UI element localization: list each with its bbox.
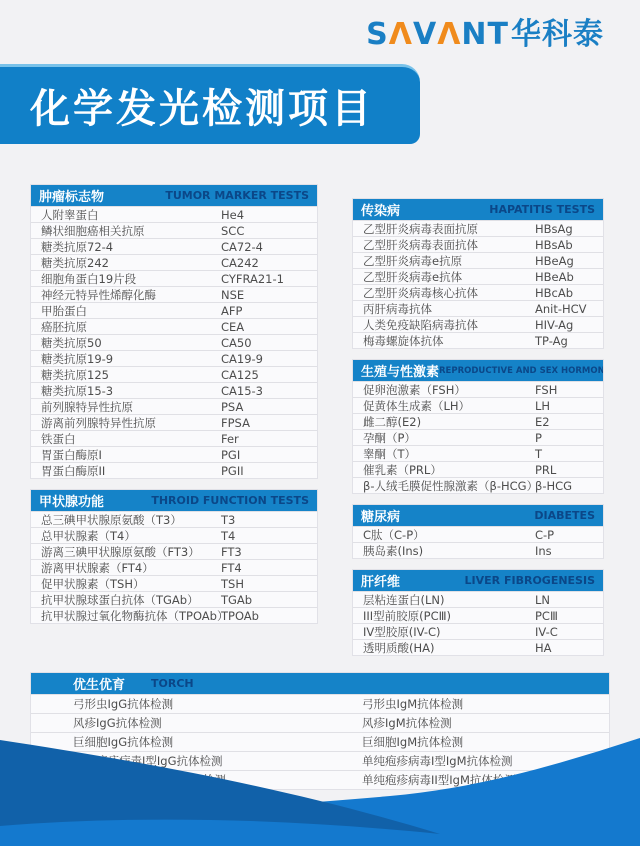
test-name: 细胞角蛋白19片段 <box>41 271 221 287</box>
table-row: 人类免疫缺陷病毒抗体 HIV-Ag <box>353 316 603 332</box>
test-abbr: SCC <box>221 224 307 238</box>
test-abbr: PRL <box>535 463 593 477</box>
test-name: 促甲状腺素（TSH） <box>41 576 221 592</box>
table-title-zh: 肿瘤标志物 <box>39 186 104 205</box>
test-abbr: CEA <box>221 320 307 334</box>
table-row: 促甲状腺素（TSH） TSH <box>31 575 317 591</box>
table-row: 弓形虫IgG抗体检测 弓形虫IgM抗体检测 <box>31 694 609 713</box>
test-abbr: TP-Ag <box>535 334 593 348</box>
table-title-en: TORCH <box>151 677 194 690</box>
test-abbr: FPSA <box>221 416 307 430</box>
table-title-zh: 甲状腺功能 <box>39 491 104 510</box>
test-abbr: β-HCG <box>535 479 593 493</box>
title-banner: 化学发光检测项目 <box>0 64 420 144</box>
test-abbr: TPOAb <box>221 609 307 623</box>
test-name: 铁蛋白 <box>41 431 221 447</box>
table-row: 乙型肝炎病毒e抗原 HBeAg <box>353 252 603 268</box>
table-row: C肽（C-P） C-P <box>353 526 603 542</box>
table-row: 癌胚抗原 CEA <box>31 318 317 334</box>
torch-igg-test: 弓形虫IgG抗体检测 <box>31 696 320 712</box>
test-abbr: E2 <box>535 415 593 429</box>
test-abbr: FT4 <box>221 561 307 575</box>
test-name: 人附睾蛋白 <box>41 207 221 223</box>
test-name: C肽（C-P） <box>363 527 535 543</box>
table-row: 乙型肝炎病毒表面抗体 HBsAb <box>353 236 603 252</box>
test-abbr: CA125 <box>221 368 307 382</box>
table-title-zh: 生殖与性激素 <box>361 361 439 380</box>
table-row: 糖类抗原50 CA50 <box>31 334 317 350</box>
test-name: 总甲状腺素（T4） <box>41 528 221 544</box>
test-name: β-人绒毛膜促性腺激素（β-HCG） <box>363 478 535 494</box>
torch-igg-test: 风疹IgG抗体检测 <box>31 715 320 731</box>
test-name: III型前胶原(PCⅢ) <box>363 608 535 624</box>
logo-letter: V <box>413 17 437 52</box>
table-row: 糖类抗原19-9 CA19-9 <box>31 350 317 366</box>
test-name: 孕酮（P） <box>363 430 535 446</box>
liver-fibrosis-table-header: 肝纤维 LIVER FIBROGENESIS <box>353 570 603 591</box>
test-abbr: HBsAg <box>535 222 593 236</box>
test-abbr: TGAb <box>221 593 307 607</box>
infectious-disease-table: 传染病 HAPATITIS TESTS 乙型肝炎病毒表面抗原 HBsAg <box>352 198 604 349</box>
test-abbr: HBsAb <box>535 238 593 252</box>
test-name: 乙型肝炎病毒核心抗体 <box>363 285 535 301</box>
table-row: 促卵泡激素（FSH） FSH <box>353 381 603 397</box>
test-abbr: HBcAb <box>535 286 593 300</box>
test-abbr: CA72-4 <box>221 240 307 254</box>
test-abbr: PGI <box>221 448 307 462</box>
test-abbr: C-P <box>535 528 593 542</box>
table-row: 乙型肝炎病毒e抗体 HBeAb <box>353 268 603 284</box>
content: 肿瘤标志物 TUMOR MARKER TESTS 人附睾蛋白 He4 鳞 <box>0 184 640 666</box>
test-abbr: TSH <box>221 577 307 591</box>
table-row: 胰岛素(Ins) Ins <box>353 542 603 558</box>
table-row: 梅毒螺旋体抗体 TP-Ag <box>353 332 603 348</box>
tumor-marker-table-body: 人附睾蛋白 He4 鳞状细胞癌相关抗原 SCC 糖类抗原72-4 C <box>31 206 317 478</box>
test-name: 胃蛋白酶原I <box>41 447 221 463</box>
table-row: 层粘连蛋白(LN) LN <box>353 591 603 607</box>
torch-igm-test: 弓形虫IgM抗体检测 <box>320 696 609 712</box>
table-row: 胃蛋白酶原II PGII <box>31 462 317 478</box>
table-row: 游离三碘甲状腺原氨酸（FT3） FT3 <box>31 543 317 559</box>
test-name: 胰岛素(Ins) <box>363 543 535 559</box>
table-title-en: DIABETES <box>534 509 595 522</box>
test-name: 催乳素（PRL） <box>363 462 535 478</box>
test-name: 乙型肝炎病毒表面抗原 <box>363 221 535 237</box>
test-name: 总三碘甲状腺原氨酸（T3） <box>41 512 221 528</box>
test-abbr: T3 <box>221 513 307 527</box>
table-row: β-人绒毛膜促性腺激素（β-HCG） β-HCG <box>353 477 603 493</box>
test-name: 糖类抗原242 <box>41 255 221 271</box>
test-name: 人类免疫缺陷病毒抗体 <box>363 317 535 333</box>
test-abbr: T <box>535 447 593 461</box>
test-name: 抗甲状腺过氧化物酶抗体（TPOAb） <box>41 608 221 624</box>
test-name: 乙型肝炎病毒表面抗体 <box>363 237 535 253</box>
page-title: 化学发光检测项目 <box>30 77 374 134</box>
test-name: 乙型肝炎病毒e抗体 <box>363 269 535 285</box>
tumor-marker-table-header: 肿瘤标志物 TUMOR MARKER TESTS <box>31 185 317 206</box>
brochure-page: SΛVΛNT华科泰 化学发光检测项目 肿瘤标志物 TUMOR MARKER TE… <box>0 0 640 846</box>
logo-letter: NT <box>461 17 509 52</box>
test-abbr: IV-C <box>535 625 593 639</box>
test-name: 雌二醇(E2) <box>363 414 535 430</box>
test-abbr: NSE <box>221 288 307 302</box>
table-row: 糖类抗原125 CA125 <box>31 366 317 382</box>
table-row: 游离前列腺特异性抗原 FPSA <box>31 414 317 430</box>
test-abbr: PGII <box>221 464 307 478</box>
test-abbr: FT3 <box>221 545 307 559</box>
test-name: 抗甲状腺球蛋白抗体（TGAb） <box>41 592 221 608</box>
test-name: 透明质酸(HA) <box>363 640 535 656</box>
table-row: 鳞状细胞癌相关抗原 SCC <box>31 222 317 238</box>
logo-letter: S <box>366 17 389 52</box>
test-abbr: HIV-Ag <box>535 318 593 332</box>
table-title-zh: 肝纤维 <box>361 571 400 590</box>
table-title-en: LIVER FIBROGENESIS <box>465 574 595 587</box>
liver-fibrosis-table: 肝纤维 LIVER FIBROGENESIS 层粘连蛋白(LN) LN <box>352 569 604 656</box>
liver-fibrosis-table-body: 层粘连蛋白(LN) LN III型前胶原(PCⅢ) PCⅢ IV型胶原(IV-C… <box>353 591 603 655</box>
test-name: 糖类抗原19-9 <box>41 351 221 367</box>
table-title-zh: 传染病 <box>361 200 400 219</box>
test-abbr: Fer <box>221 432 307 446</box>
test-abbr: CA19-9 <box>221 352 307 366</box>
test-name: 游离前列腺特异性抗原 <box>41 415 221 431</box>
diabetes-table: 糖尿病 DIABETES C肽（C-P） C-P 胰岛素(Ins) <box>352 504 604 559</box>
table-title-en: THROID FUNCTION TESTS <box>151 494 309 507</box>
test-name: 糖类抗原125 <box>41 367 221 383</box>
table-row: 神经元特异性烯醇化酶 NSE <box>31 286 317 302</box>
table-row: 糖类抗原242 CA242 <box>31 254 317 270</box>
table-row: 孕酮（P） P <box>353 429 603 445</box>
test-abbr: LN <box>535 593 593 607</box>
sex-hormone-table: 生殖与性激素 REPRODUCTIVE AND SEX HORMONE 促卵泡激… <box>352 359 604 494</box>
table-title-en: TUMOR MARKER TESTS <box>165 189 309 202</box>
table-row: 丙肝病毒抗体 Anit-HCV <box>353 300 603 316</box>
sex-hormone-table-header: 生殖与性激素 REPRODUCTIVE AND SEX HORMONE <box>353 360 603 381</box>
brand-logo: SΛVΛNT华科泰 <box>0 0 640 52</box>
infectious-disease-table-header: 传染病 HAPATITIS TESTS <box>353 199 603 220</box>
table-row: 透明质酸(HA) HA <box>353 639 603 655</box>
test-abbr: CA15-3 <box>221 384 307 398</box>
table-row: 总三碘甲状腺原氨酸（T3） T3 <box>31 511 317 527</box>
table-row: 铁蛋白 Fer <box>31 430 317 446</box>
table-row: IV型胶原(IV-C) IV-C <box>353 623 603 639</box>
test-name: 前列腺特异性抗原 <box>41 399 221 415</box>
test-abbr: HBeAg <box>535 254 593 268</box>
test-abbr: P <box>535 431 593 445</box>
test-abbr: CA242 <box>221 256 307 270</box>
footer-wave-decoration <box>0 730 640 846</box>
test-abbr: CYFRA21-1 <box>221 272 307 286</box>
table-title-en: HAPATITIS TESTS <box>489 203 595 216</box>
test-abbr: He4 <box>221 208 307 222</box>
test-abbr: FSH <box>535 383 593 397</box>
test-name: 梅毒螺旋体抗体 <box>363 333 535 349</box>
table-row: 催乳素（PRL） PRL <box>353 461 603 477</box>
test-abbr: HBeAb <box>535 270 593 284</box>
table-row: 胃蛋白酶原I PGI <box>31 446 317 462</box>
test-name: 游离甲状腺素（FT4） <box>41 560 221 576</box>
test-name: 糖类抗原15-3 <box>41 383 221 399</box>
table-row: 抗甲状腺球蛋白抗体（TGAb） TGAb <box>31 591 317 607</box>
thyroid-function-table-body: 总三碘甲状腺原氨酸（T3） T3 总甲状腺素（T4） T4 游离三碘甲状腺原氨酸… <box>31 511 317 623</box>
test-name: 丙肝病毒抗体 <box>363 301 535 317</box>
thyroid-function-table-header: 甲状腺功能 THROID FUNCTION TESTS <box>31 490 317 511</box>
logo-letter: Λ <box>389 17 413 52</box>
table-row: 糖类抗原15-3 CA15-3 <box>31 382 317 398</box>
test-abbr: LH <box>535 399 593 413</box>
thyroid-function-table: 甲状腺功能 THROID FUNCTION TESTS 总三碘甲状腺原氨酸（T3… <box>30 489 318 624</box>
table-title-en: REPRODUCTIVE AND SEX HORMONE <box>439 366 603 376</box>
table-row: 睾酮（T） T <box>353 445 603 461</box>
table-row: 细胞角蛋白19片段 CYFRA21-1 <box>31 270 317 286</box>
logo-letter: Λ <box>437 17 461 52</box>
table-row: 游离甲状腺素（FT4） FT4 <box>31 559 317 575</box>
table-row: 乙型肝炎病毒核心抗体 HBcAb <box>353 284 603 300</box>
test-name: IV型胶原(IV-C) <box>363 624 535 640</box>
test-abbr: Ins <box>535 544 593 558</box>
sex-hormone-table-body: 促卵泡激素（FSH） FSH 促黄体生成素（LH） LH 雌二醇(E2) <box>353 381 603 493</box>
test-name: 睾酮（T） <box>363 446 535 462</box>
diabetes-table-body: C肽（C-P） C-P 胰岛素(Ins) Ins <box>353 526 603 558</box>
logo-chinese-name: 华科泰 <box>511 17 604 52</box>
infectious-disease-table-body: 乙型肝炎病毒表面抗原 HBsAg 乙型肝炎病毒表面抗体 HBsAb 乙型肝炎病毒… <box>353 220 603 348</box>
test-name: 层粘连蛋白(LN) <box>363 592 535 608</box>
table-row: 甲胎蛋白 AFP <box>31 302 317 318</box>
test-name: 游离三碘甲状腺原氨酸（FT3） <box>41 544 221 560</box>
table-row: III型前胶原(PCⅢ) PCⅢ <box>353 607 603 623</box>
test-name: 胃蛋白酶原II <box>41 463 221 479</box>
torch-igm-test: 风疹IgM抗体检测 <box>320 715 609 731</box>
table-row: 雌二醇(E2) E2 <box>353 413 603 429</box>
table-title-zh: 糖尿病 <box>361 506 400 525</box>
test-abbr: PCⅢ <box>535 609 593 623</box>
right-column: 传染病 HAPATITIS TESTS 乙型肝炎病毒表面抗原 HBsAg <box>352 184 604 666</box>
test-name: 促黄体生成素（LH） <box>363 398 535 414</box>
table-row: 总甲状腺素（T4） T4 <box>31 527 317 543</box>
test-name: 糖类抗原50 <box>41 335 221 351</box>
test-name: 甲胎蛋白 <box>41 303 221 319</box>
diabetes-table-header: 糖尿病 DIABETES <box>353 505 603 526</box>
table-title-zh: 优生优育 <box>73 674 125 693</box>
test-abbr: T4 <box>221 529 307 543</box>
torch-table-header: 优生优育 TORCH <box>31 673 609 694</box>
test-name: 糖类抗原72-4 <box>41 239 221 255</box>
table-row: 抗甲状腺过氧化物酶抗体（TPOAb） TPOAb <box>31 607 317 623</box>
test-name: 促卵泡激素（FSH） <box>363 382 535 398</box>
table-row: 人附睾蛋白 He4 <box>31 206 317 222</box>
test-abbr: AFP <box>221 304 307 318</box>
test-name: 癌胚抗原 <box>41 319 221 335</box>
table-row: 糖类抗原72-4 CA72-4 <box>31 238 317 254</box>
test-name: 神经元特异性烯醇化酶 <box>41 287 221 303</box>
test-abbr: HA <box>535 641 593 655</box>
test-abbr: PSA <box>221 400 307 414</box>
table-row: 前列腺特异性抗原 PSA <box>31 398 317 414</box>
table-row: 乙型肝炎病毒表面抗原 HBsAg <box>353 220 603 236</box>
test-name: 鳞状细胞癌相关抗原 <box>41 223 221 239</box>
test-abbr: CA50 <box>221 336 307 350</box>
test-abbr: Anit-HCV <box>535 302 593 316</box>
test-name: 乙型肝炎病毒e抗原 <box>363 253 535 269</box>
left-column: 肿瘤标志物 TUMOR MARKER TESTS 人附睾蛋白 He4 鳞 <box>30 184 318 634</box>
tumor-marker-table: 肿瘤标志物 TUMOR MARKER TESTS 人附睾蛋白 He4 鳞 <box>30 184 318 479</box>
table-row: 促黄体生成素（LH） LH <box>353 397 603 413</box>
